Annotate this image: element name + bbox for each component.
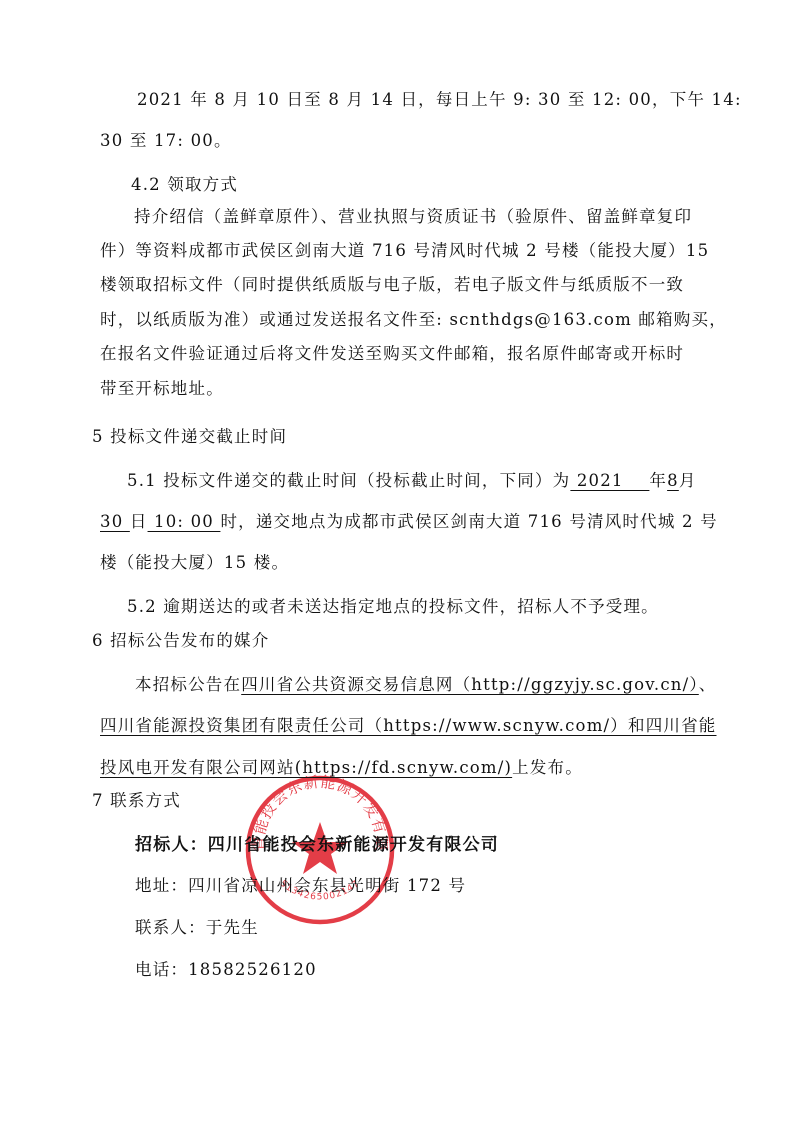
document-page: 四川省能投会东新能源开发有限公司 5134265002147 2021 年 8 …	[0, 0, 794, 1123]
deadline-time: 10: 00	[148, 512, 221, 531]
text-span: 日	[130, 512, 148, 531]
link-fd-scnyw[interactable]: 投风电开发有限公司网站(https://fd.scnyw.com/)	[100, 758, 512, 777]
link-scnyw[interactable]: 四川省能源投资集团有限责任公司（https://www.scnyw.com/）和…	[100, 716, 717, 735]
deadline-year: 2021	[570, 471, 649, 490]
text-line: 件）等资料成都市武侯区剑南大道 716 号清风时代城 2 号楼（能投大厦）15	[100, 240, 709, 262]
text-line: 楼（能投大厦）15 楼。	[100, 552, 289, 574]
media-line: 四川省能源投资集团有限责任公司（https://www.scnyw.com/）和…	[100, 715, 717, 737]
media-line: 本招标公告在四川省公共资源交易信息网（http://ggzyjy.sc.gov.…	[135, 674, 717, 696]
contact-phone: 电话：18582526120	[135, 959, 317, 981]
text-line: 带至开标地址。	[100, 378, 224, 400]
text-span: 5.1 投标文件递交的截止时间（投标截止时间，下同）为	[127, 471, 570, 490]
text-span: 时，递交地点为成都市武侯区剑南大道 716 号清风时代城 2 号	[220, 512, 717, 531]
section-heading: 5 投标文件递交截止时间	[92, 426, 287, 448]
contact-person: 联系人：于先生	[135, 917, 259, 939]
text-span: 上发布。	[512, 758, 583, 777]
tenderer-name: 招标人：四川省能投会东新能源开发有限公司	[135, 834, 499, 856]
document-body: 2021 年 8 月 10 日至 8 月 14 日，每日上午 9: 30 至 1…	[0, 0, 794, 1123]
text-span: 月	[679, 471, 697, 490]
subsection-heading: 4.2 领取方式	[131, 174, 238, 196]
deadline-month: 8	[667, 471, 679, 490]
text-span: 年	[649, 471, 667, 490]
section-heading: 6 招标公告发布的媒介	[92, 630, 269, 652]
text-line: 持介绍信（盖鲜章原件）、营业执照与资质证书（验原件、留盖鲜章复印	[134, 206, 692, 228]
contact-address: 地址：四川省凉山州会东县光明街 172 号	[135, 875, 466, 897]
deadline-line: 30 日 10: 00 时，递交地点为成都市武侯区剑南大道 716 号清风时代城…	[100, 511, 718, 533]
text-line: 时，以纸质版为准）或通过发送报名文件至: scnthdgs@163.com 邮箱…	[100, 309, 727, 331]
text-line: 在报名文件验证通过后将文件发送至购买文件邮箱，报名原件邮寄或开标时	[100, 343, 684, 365]
text-line: 30 至 17: 00。	[100, 130, 232, 152]
deadline-day: 30	[100, 512, 130, 531]
section-heading: 7 联系方式	[92, 790, 181, 812]
text-span: 、	[699, 675, 717, 694]
text-line: 2021 年 8 月 10 日至 8 月 14 日，每日上午 9: 30 至 1…	[137, 89, 742, 111]
text-line: 楼领取招标文件（同时提供纸质版与电子版，若电子版文件与纸质版不一致	[100, 274, 684, 296]
link-ggzyjy[interactable]: 四川省公共资源交易信息网（http://ggzyjy.sc.gov.cn/）	[241, 675, 699, 694]
media-line: 投风电开发有限公司网站(https://fd.scnyw.com/)上发布。	[100, 757, 583, 779]
deadline-line: 5.1 投标文件递交的截止时间（投标截止时间，下同）为 2021 年8月	[127, 470, 697, 492]
text-line: 5.2 逾期送达的或者未送达指定地点的投标文件，招标人不予受理。	[127, 596, 659, 618]
text-span: 本招标公告在	[135, 675, 241, 694]
